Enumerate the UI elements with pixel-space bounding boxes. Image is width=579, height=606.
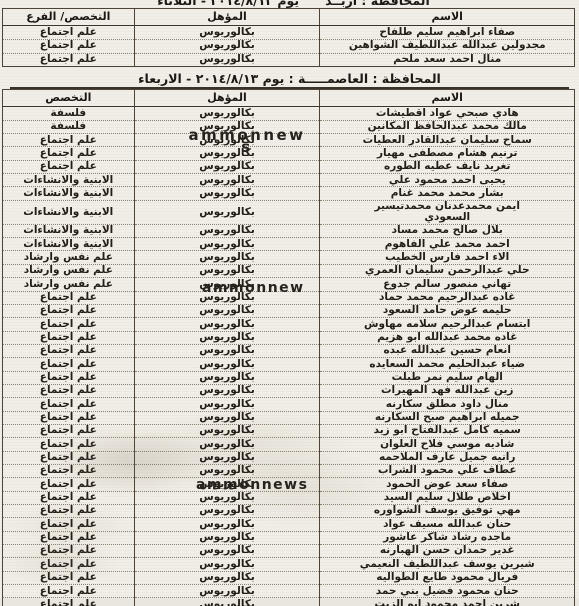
- specialization-cell: الابنية والانشاءات: [3, 174, 135, 187]
- specialization-cell: فلسفة: [3, 107, 135, 120]
- specialization-cell: علم اجتماع: [3, 598, 135, 606]
- qualification-cell: بكالوريوس: [134, 318, 320, 331]
- table-row: حليمه عوض حامد السعود بكالوريوس علم اجتم…: [3, 304, 575, 317]
- table-row: ماجده رشاد شاكر عاشور بكالوريوس علم اجتم…: [3, 531, 575, 544]
- qualification-cell: بكالوريوس: [134, 491, 320, 504]
- specialization-cell: علم اجتماع: [3, 464, 135, 477]
- table-row: زين عبدالله فهد المهيرات بكالوريوس علم ا…: [3, 384, 575, 397]
- name-cell: بشار محمد محمد غنام: [320, 187, 575, 200]
- column-header-qualification: المؤهل: [134, 9, 320, 26]
- table-row: حلي عبدالرحمن سليمان العمري بكالوريوس عل…: [3, 264, 575, 277]
- specialization-cell: علم اجتماع: [3, 424, 135, 437]
- table-row: اخلاص طلال سليم السيد بكالوريوس علم اجتم…: [3, 491, 575, 504]
- qualification-cell: بكالوريوس: [134, 304, 320, 317]
- column-header-name: الاسم: [320, 9, 575, 26]
- specialization-cell: علم اجتماع: [3, 545, 135, 558]
- name-cell: منال داود مطلق سكارنه: [320, 398, 575, 411]
- qualification-cell: بكالوريوس: [134, 398, 320, 411]
- specialization-cell: علم اجتماع: [3, 304, 135, 317]
- table-row: شرين احمد محمود ابو الزيت بكالوريوس علم …: [3, 598, 575, 606]
- name-cell: حنان عبدالله مسيف عواد: [320, 518, 575, 531]
- specialization-cell: علم اجتماع: [3, 331, 135, 344]
- name-cell: حليمه عوض حامد السعود: [320, 304, 575, 317]
- header-row: الاسم المؤهل التخصص: [3, 90, 575, 107]
- name-cell: ماجده رشاد شاكر عاشور: [320, 531, 575, 544]
- table-row: مجدولين عبدالله عبداللطيف الشواهين بكالو…: [3, 39, 575, 53]
- qualification-cell: بكالوريوس: [134, 358, 320, 371]
- specialization-cell: علم اجتماع: [3, 384, 135, 397]
- name-cell: منال احمد سعد ملحم: [320, 53, 575, 67]
- name-cell: اخلاص طلال سليم السيد: [320, 491, 575, 504]
- header-row: الاسم المؤهل التخصص/ الفرع: [3, 9, 575, 26]
- specialization-cell: علم اجتماع: [3, 438, 135, 451]
- qualification-cell: بكالوريوس: [134, 518, 320, 531]
- name-cell: مالك محمد عبدالحافظ المكانين: [320, 120, 575, 133]
- name-cell: ايمن محمدعدنان محمدتيسير السعودي: [320, 200, 575, 224]
- qualification-cell: بكالوريوس: [134, 411, 320, 424]
- table-row: حنان عبدالله مسيف عواد بكالوريوس علم اجت…: [3, 518, 575, 531]
- name-cell: غدير حمدان حسن الهبارنه: [320, 545, 575, 558]
- qualification-cell: بكالوريوس: [134, 238, 320, 251]
- name-cell: صفاء سعد عوض الحمود: [320, 478, 575, 491]
- specialization-cell: علم اجتماع: [3, 571, 135, 584]
- table-row: منال داود مطلق سكارنه بكالوريوس علم اجتم…: [3, 398, 575, 411]
- name-cell: شيرين يوسف عبداللطيف النعيمي: [320, 558, 575, 571]
- specialization-cell: علم اجتماع: [3, 518, 135, 531]
- table-row: فريال محمود طايع الطواليه بكالوريوس علم …: [3, 571, 575, 584]
- name-cell: الهام سليم نمر طبلت: [320, 371, 575, 384]
- qualification-cell: بكالوريوس: [134, 344, 320, 357]
- qualification-cell: بكالوريوس: [134, 505, 320, 518]
- specialization-cell: علم اجتماع: [3, 26, 135, 40]
- column-header-specialization: التخصص: [3, 90, 135, 107]
- table-row: ايمن محمدعدنان محمدتيسير السعودي بكالوري…: [3, 200, 575, 224]
- qualification-cell: بكالوريوس: [134, 451, 320, 464]
- qualification-cell: بكالوريوس: [134, 598, 320, 606]
- table-row: ضياء عبدالحليم محمد السعايده بكالوريوس ع…: [3, 358, 575, 371]
- specialization-cell: الابنية والانشاءات: [3, 224, 135, 237]
- table-row: بلال صالح محمد مساد بكالوريوس الابنية وا…: [3, 224, 575, 237]
- qualification-cell: بكالوريوس: [134, 384, 320, 397]
- name-cell: مهي توفيق يوسف الشواوره: [320, 505, 575, 518]
- name-cell: شاديه موسي فلاح العلوان: [320, 438, 575, 451]
- table-row: جميله ابراهيم صبح السكارنه بكالوريوس علم…: [3, 411, 575, 424]
- watermark: ammonnew: [202, 280, 305, 296]
- name-cell: سميه كامل عبدالفتاح ابو زيد: [320, 424, 575, 437]
- table-row: عطاف علي محمود الشراب بكالوريوس علم اجتم…: [3, 464, 575, 477]
- specialization-cell: علم نفس وارشاد: [3, 278, 135, 291]
- name-cell: ترنيم هشام مصطفى مهيار: [320, 147, 575, 160]
- name-cell: ابتسام عبدالرحيم سلامه مهاوش: [320, 318, 575, 331]
- name-cell: الاء احمد فارس الخطيب: [320, 251, 575, 264]
- column-header-name: الاسم: [320, 90, 575, 107]
- specialization-cell: علم اجتماع: [3, 398, 135, 411]
- name-cell: ضياء عبدالحليم محمد السعايده: [320, 358, 575, 371]
- specialization-cell: علم اجتماع: [3, 558, 135, 571]
- roster-table-capital: الاسم المؤهل التخصص هادي صبحي عواد اقطيش…: [2, 89, 575, 606]
- name-cell: عطاف علي محمود الشراب: [320, 464, 575, 477]
- table-row: تغريد نايف عطيه الطوره بكالوريوس علم اجت…: [3, 160, 575, 173]
- specialization-cell: علم اجتماع: [3, 134, 135, 147]
- section-title-irbid: المحافظة : اربــد يوم ٢٠١٤/٨/١٢ - الثلاث…: [42, 0, 545, 8]
- table-row: احمد محمد علي الفاهوم بكالوريوس الابنية …: [3, 238, 575, 251]
- specialization-cell: الابنية والانشاءات: [3, 187, 135, 200]
- specialization-cell: علم اجتماع: [3, 491, 135, 504]
- column-header-specialization: التخصص/ الفرع: [3, 9, 135, 26]
- qualification-cell: بكالوريوس: [134, 558, 320, 571]
- specialization-cell: علم اجتماع: [3, 505, 135, 518]
- qualification-cell: بكالوريوس: [134, 571, 320, 584]
- name-cell: انعام حسين عبدالله عبده: [320, 344, 575, 357]
- name-cell: يحيى احمد محمود علي: [320, 174, 575, 187]
- specialization-cell: علم نفس وارشاد: [3, 264, 135, 277]
- specialization-cell: علم اجتماع: [3, 291, 135, 304]
- name-cell: رانيه جميل عارف الملاحمه: [320, 451, 575, 464]
- table-row: ابتسام عبدالرحيم سلامه مهاوش بكالوريوس ع…: [3, 318, 575, 331]
- specialization-cell: علم اجتماع: [3, 318, 135, 331]
- specialization-cell: علم اجتماع: [3, 451, 135, 464]
- qualification-cell: بكالوريوس: [134, 331, 320, 344]
- specialization-cell: علم اجتماع: [3, 531, 135, 544]
- specialization-cell: فلسفة: [3, 120, 135, 133]
- qualification-cell: بكالوريوس: [134, 585, 320, 598]
- qualification-cell: بكالوريوس: [134, 200, 320, 224]
- table-row: شيرين يوسف عبداللطيف النعيمي بكالوريوس ع…: [3, 558, 575, 571]
- watermark: ammonnews: [196, 477, 308, 493]
- qualification-cell: بكالوريوس: [134, 371, 320, 384]
- specialization-cell: علم اجتماع: [3, 411, 135, 424]
- scanned-document: ammonnew s ammonnew ammonnews المحافظة :…: [0, 0, 579, 599]
- specialization-cell: علم اجتماع: [3, 53, 135, 67]
- name-cell: تغريد نايف عطيه الطوره: [320, 160, 575, 173]
- qualification-cell: بكالوريوس: [134, 264, 320, 277]
- qualification-cell: بكالوريوس: [134, 545, 320, 558]
- name-cell: سماح سليمان عبدالقادر العطيات: [320, 134, 575, 147]
- qualification-cell: بكالوريوس: [134, 251, 320, 264]
- specialization-cell: الابنية والانشاءات: [3, 200, 135, 224]
- table-row: حنان محمود فضيل بني حمد بكالوريوس علم اج…: [3, 585, 575, 598]
- specialization-cell: علم اجتماع: [3, 585, 135, 598]
- name-cell: غاده عبدالرحيم محمد حماد: [320, 291, 575, 304]
- watermark: ammonnew s: [183, 129, 311, 153]
- specialization-cell: علم اجتماع: [3, 358, 135, 371]
- section-irbid: المحافظة : اربــد يوم ٢٠١٤/٨/١٢ - الثلاث…: [2, 0, 575, 67]
- table-row: يحيى احمد محمود علي بكالوريوس الابنية وا…: [3, 174, 575, 187]
- table-row: صفاء ابراهيم سليم طلفاح بكالوريوس علم اج…: [3, 26, 575, 40]
- specialization-cell: علم اجتماع: [3, 39, 135, 53]
- name-cell: صفاء ابراهيم سليم طلفاح: [320, 26, 575, 40]
- name-cell: حنان محمود فضيل بني حمد: [320, 585, 575, 598]
- table-row: سميه كامل عبدالفتاح ابو زيد بكالوريوس عل…: [3, 424, 575, 437]
- qualification-cell: بكالوريوس: [134, 438, 320, 451]
- name-cell: احمد محمد علي الفاهوم: [320, 238, 575, 251]
- section-title-capital: المحافظة : العاصمـــــة : يوم ٢٠١٤/٨/١٣ …: [10, 71, 569, 89]
- column-header-qualification: المؤهل: [134, 90, 320, 107]
- name-cell: جميله ابراهيم صبح السكارنه: [320, 411, 575, 424]
- qualification-cell: بكالوريوس: [134, 224, 320, 237]
- name-cell: تهاني منصور سالم جدوع: [320, 278, 575, 291]
- qualification-cell: بكالوريوس: [134, 39, 320, 53]
- qualification-cell: بكالوريوس: [134, 174, 320, 187]
- specialization-cell: علم اجتماع: [3, 478, 135, 491]
- name-cell: بلال صالح محمد مساد: [320, 224, 575, 237]
- table-row: رانيه جميل عارف الملاحمه بكالوريوس علم ا…: [3, 451, 575, 464]
- table-row: غدير حمدان حسن الهبارنه بكالوريوس علم اج…: [3, 545, 575, 558]
- qualification-cell: بكالوريوس: [134, 26, 320, 40]
- table-row: هادي صبحي عواد اقطيشات بكالوريوس فلسفة: [3, 107, 575, 120]
- table-row: شاديه موسي فلاح العلوان بكالوريوس علم اج…: [3, 438, 575, 451]
- name-cell: شرين احمد محمود ابو الزيت: [320, 598, 575, 606]
- specialization-cell: علم نفس وارشاد: [3, 251, 135, 264]
- table-row: الهام سليم نمر طبلت بكالوريوس علم اجتماع: [3, 371, 575, 384]
- specialization-cell: علم اجتماع: [3, 371, 135, 384]
- name-cell: زين عبدالله فهد المهيرات: [320, 384, 575, 397]
- name-cell: فريال محمود طايع الطواليه: [320, 571, 575, 584]
- specialization-cell: علم اجتماع: [3, 160, 135, 173]
- qualification-cell: بكالوريوس: [134, 53, 320, 67]
- specialization-cell: الابنية والانشاءات: [3, 238, 135, 251]
- specialization-cell: علم اجتماع: [3, 344, 135, 357]
- qualification-cell: بكالوريوس: [134, 187, 320, 200]
- roster-table-irbid: الاسم المؤهل التخصص/ الفرع صفاء ابراهيم …: [2, 8, 575, 67]
- qualification-cell: بكالوريوس: [134, 160, 320, 173]
- table-row: بشار محمد محمد غنام بكالوريوس الابنية وا…: [3, 187, 575, 200]
- table-row: مهي توفيق يوسف الشواوره بكالوريوس علم اج…: [3, 505, 575, 518]
- qualification-cell: بكالوريوس: [134, 424, 320, 437]
- qualification-cell: بكالوريوس: [134, 464, 320, 477]
- specialization-cell: علم اجتماع: [3, 147, 135, 160]
- table-row: انعام حسين عبدالله عبده بكالوريوس علم اج…: [3, 344, 575, 357]
- name-cell: غاده محمد عبدالله ابو هزيم: [320, 331, 575, 344]
- table-row: غاده محمد عبدالله ابو هزيم بكالوريوس علم…: [3, 331, 575, 344]
- name-cell: مجدولين عبدالله عبداللطيف الشواهين: [320, 39, 575, 53]
- name-cell: هادي صبحي عواد اقطيشات: [320, 107, 575, 120]
- table-row: منال احمد سعد ملحم بكالوريوس علم اجتماع: [3, 53, 575, 67]
- qualification-cell: بكالوريوس: [134, 531, 320, 544]
- qualification-cell: بكالوريوس: [134, 107, 320, 120]
- table-row: الاء احمد فارس الخطيب بكالوريوس علم نفس …: [3, 251, 575, 264]
- name-cell: حلي عبدالرحمن سليمان العمري: [320, 264, 575, 277]
